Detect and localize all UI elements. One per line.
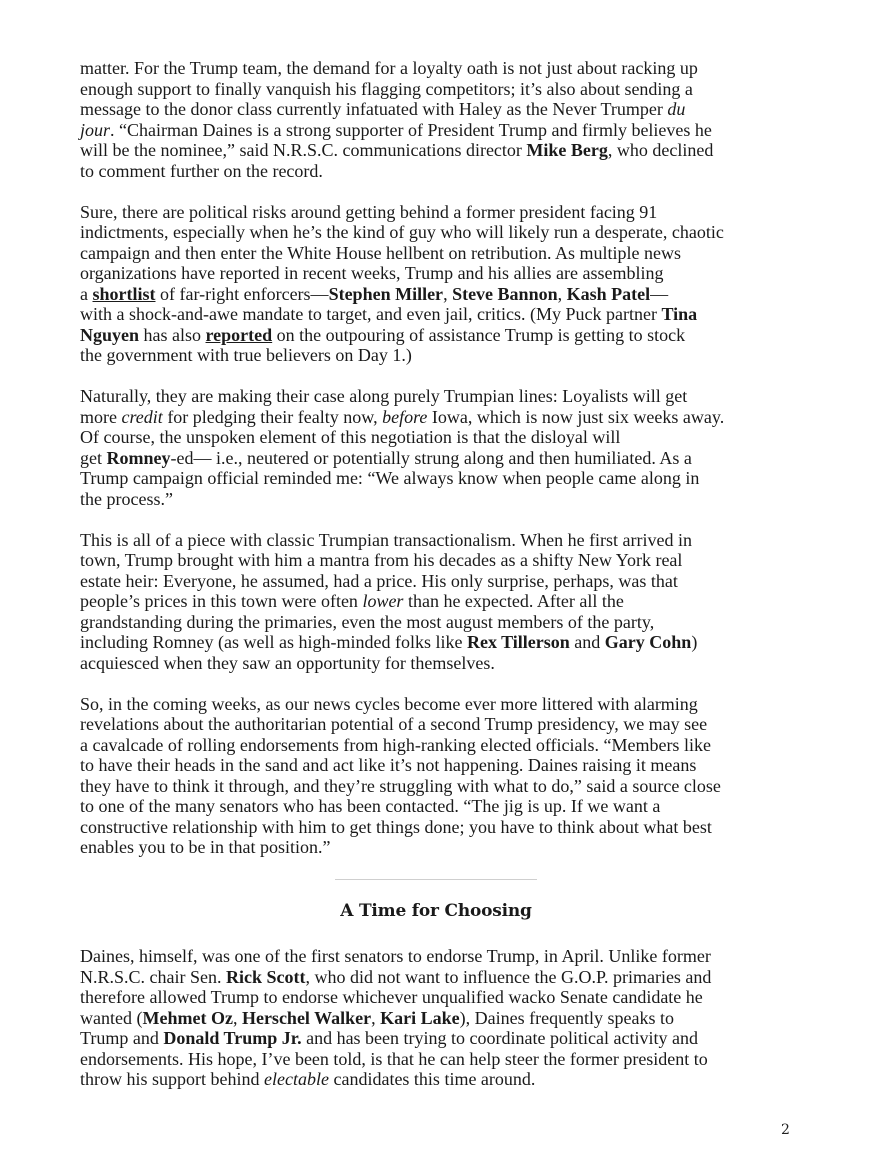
link-shortlist[interactable]: shortlist <box>93 284 156 304</box>
text-line: N.R.S.C. chair Sen. Rick Scott, who did … <box>80 967 800 988</box>
italic-text: jour <box>80 120 110 140</box>
text-line: revelations about the authoritarian pote… <box>80 714 800 735</box>
text-line: a cavalcade of rolling endorsements from… <box>80 735 800 756</box>
text-run: -ed— i.e., neutered or potentially strun… <box>171 448 692 468</box>
text-run: Trump and <box>80 1028 163 1048</box>
text-line: message to the donor class currently inf… <box>80 99 800 120</box>
text-run: Iowa, which is now just six weeks away. <box>427 407 724 427</box>
text-run: enables you to be in that position.” <box>80 837 330 857</box>
text-line: people’s prices in this town were often … <box>80 591 800 612</box>
text-run: Of course, the unspoken element of this … <box>80 427 620 447</box>
text-line: wanted (Mehmet Oz, Herschel Walker, Kari… <box>80 1008 800 1029</box>
text-run: they have to think it through, and they’… <box>80 776 721 796</box>
text-run: the government with true believers on Da… <box>80 345 412 365</box>
text-run: , <box>443 284 452 304</box>
bold-name: Mike Berg <box>526 140 607 160</box>
text-line: endorsements. His hope, I’ve been told, … <box>80 1049 800 1070</box>
text-line: to have their heads in the sand and act … <box>80 755 800 776</box>
text-run: , who did not want to influence the G.O.… <box>306 967 712 987</box>
text-line: the government with true believers on Da… <box>80 345 800 366</box>
italic-text: electable <box>264 1069 329 1089</box>
text-run: on the outpouring of assistance Trump is… <box>272 325 685 345</box>
italic-text: credit <box>121 407 162 427</box>
text-run: endorsements. His hope, I’ve been told, … <box>80 1049 708 1069</box>
text-run: candidates this time around. <box>329 1069 535 1089</box>
text-run: and <box>570 632 605 652</box>
bold-name: Gary Cohn <box>605 632 692 652</box>
paragraph: Naturally, they are making their case al… <box>80 386 800 509</box>
text-run: Daines, himself, was one of the first se… <box>80 946 711 966</box>
italic-text: lower <box>362 591 403 611</box>
text-line: Daines, himself, was one of the first se… <box>80 946 800 967</box>
bold-name: Steve Bannon <box>452 284 558 304</box>
text-run: including Romney (as well as high-minded… <box>80 632 467 652</box>
page-number: 2 <box>781 1122 790 1138</box>
text-line: therefore allowed Trump to endorse which… <box>80 987 800 1008</box>
text-line: grandstanding during the primaries, even… <box>80 612 800 633</box>
italic-text: du <box>667 99 685 119</box>
text-line: Trump campaign official reminded me: “We… <box>80 468 800 489</box>
text-line: to comment further on the record. <box>80 161 800 182</box>
text-line: the process.” <box>80 489 800 510</box>
text-run: Sure, there are political risks around g… <box>80 202 657 222</box>
text-run: will be the nominee,” said N.R.S.C. comm… <box>80 140 526 160</box>
text-line: estate heir: Everyone, he assumed, had a… <box>80 571 800 592</box>
section-divider <box>335 879 537 880</box>
bold-name: Rick Scott <box>226 967 306 987</box>
bold-name: Rex Tillerson <box>467 632 570 652</box>
text-line: Trump and Donald Trump Jr. and has been … <box>80 1028 800 1049</box>
text-line: will be the nominee,” said N.R.S.C. comm… <box>80 140 800 161</box>
text-run: more <box>80 407 121 427</box>
text-run: town, Trump brought with him a mantra fr… <box>80 550 682 570</box>
paragraph: matter. For the Trump team, the demand f… <box>80 58 800 181</box>
text-line: jour. “Chairman Daines is a strong suppo… <box>80 120 800 141</box>
text-run: people’s prices in this town were often <box>80 591 362 611</box>
text-line: Sure, there are political risks around g… <box>80 202 800 223</box>
text-line: throw his support behind electable candi… <box>80 1069 800 1090</box>
text-run: enough support to finally vanquish his f… <box>80 79 693 99</box>
text-run: N.R.S.C. chair Sen. <box>80 967 226 987</box>
paragraph: Sure, there are political risks around g… <box>80 202 800 366</box>
text-run: get <box>80 448 107 468</box>
text-run: This is all of a piece with classic Trum… <box>80 530 692 550</box>
text-run: indictments, especially when he’s the ki… <box>80 222 724 242</box>
text-run: grandstanding during the primaries, even… <box>80 612 654 632</box>
text-run: for pledging their fealty now, <box>163 407 382 427</box>
text-run: to comment further on the record. <box>80 161 323 181</box>
text-run: Trump campaign official reminded me: “We… <box>80 468 699 488</box>
text-line: town, Trump brought with him a mantra fr… <box>80 550 800 571</box>
text-line: a shortlist of far-right enforcers—Steph… <box>80 284 800 305</box>
text-line: indictments, especially when he’s the ki… <box>80 222 800 243</box>
text-line: including Romney (as well as high-minded… <box>80 632 800 653</box>
text-run: has also <box>139 325 206 345</box>
text-run: to one of the many senators who has been… <box>80 796 660 816</box>
text-line: get Romney-ed— i.e., neutered or potenti… <box>80 448 800 469</box>
text-line: constructive relationship with him to ge… <box>80 817 800 838</box>
bold-name: Kari Lake <box>380 1008 460 1028</box>
bold-name: Tina <box>661 304 697 324</box>
text-run: . “Chairman Daines is a strong supporter… <box>110 120 712 140</box>
text-run: wanted ( <box>80 1008 142 1028</box>
bold-name: Kash Patel <box>567 284 651 304</box>
text-line: Of course, the unspoken element of this … <box>80 427 800 448</box>
bold-name: Donald Trump Jr. <box>163 1028 301 1048</box>
text-run: constructive relationship with him to ge… <box>80 817 712 837</box>
text-run: a cavalcade of rolling endorsements from… <box>80 735 711 755</box>
text-run: of far-right enforcers— <box>156 284 329 304</box>
text-run: message to the donor class currently inf… <box>80 99 667 119</box>
text-run: organizations have reported in recent we… <box>80 263 664 283</box>
text-run: the process.” <box>80 489 173 509</box>
text-line: organizations have reported in recent we… <box>80 263 800 284</box>
text-run: acquiesced when they saw an opportunity … <box>80 653 495 673</box>
paragraph: So, in the coming weeks, as our news cyc… <box>80 694 800 858</box>
section-heading: A Time for Choosing <box>80 901 792 921</box>
text-line: Nguyen has also reported on the outpouri… <box>80 325 800 346</box>
article-body: matter. For the Trump team, the demand f… <box>80 58 800 878</box>
text-run: with a shock-and-awe mandate to target, … <box>80 304 661 324</box>
text-line: they have to think it through, and they’… <box>80 776 800 797</box>
text-run: matter. For the Trump team, the demand f… <box>80 58 698 78</box>
text-line: So, in the coming weeks, as our news cyc… <box>80 694 800 715</box>
text-run: , <box>558 284 567 304</box>
text-run: estate heir: Everyone, he assumed, had a… <box>80 571 678 591</box>
paragraph: This is all of a piece with classic Trum… <box>80 530 800 674</box>
section-paragraph: Daines, himself, was one of the first se… <box>80 946 800 1090</box>
bold-name: Nguyen <box>80 325 139 345</box>
text-run: , <box>233 1008 242 1028</box>
text-line: matter. For the Trump team, the demand f… <box>80 58 800 79</box>
text-run: campaign and then enter the White House … <box>80 243 681 263</box>
text-run: and has been trying to coordinate politi… <box>302 1028 698 1048</box>
text-run: So, in the coming weeks, as our news cyc… <box>80 694 698 714</box>
text-line: Naturally, they are making their case al… <box>80 386 800 407</box>
text-run: — <box>650 284 668 304</box>
text-line: This is all of a piece with classic Trum… <box>80 530 800 551</box>
text-line: enables you to be in that position.” <box>80 837 800 858</box>
text-run: throw his support behind <box>80 1069 264 1089</box>
bold-name: Herschel Walker <box>242 1008 371 1028</box>
text-line: campaign and then enter the White House … <box>80 243 800 264</box>
text-line: enough support to finally vanquish his f… <box>80 79 800 100</box>
text-run: ), Daines frequently speaks to <box>460 1008 674 1028</box>
text-run: , <box>371 1008 380 1028</box>
text-run: a <box>80 284 93 304</box>
text-line: acquiesced when they saw an opportunity … <box>80 653 800 674</box>
bold-name: Stephen Miller <box>329 284 444 304</box>
text-run: Naturally, they are making their case al… <box>80 386 687 406</box>
text-line: to one of the many senators who has been… <box>80 796 800 817</box>
text-line: more credit for pledging their fealty no… <box>80 407 800 428</box>
text-line: with a shock-and-awe mandate to target, … <box>80 304 800 325</box>
text-run: to have their heads in the sand and act … <box>80 755 696 775</box>
text-run: , who declined <box>608 140 713 160</box>
bold-name: Mehmet Oz <box>142 1008 232 1028</box>
text-run: ) <box>691 632 697 652</box>
text-run: than he expected. After all the <box>403 591 623 611</box>
italic-text: before <box>382 407 427 427</box>
bold-name: Romney <box>107 448 171 468</box>
link-reported[interactable]: reported <box>206 325 273 345</box>
text-run: revelations about the authoritarian pote… <box>80 714 707 734</box>
text-run: therefore allowed Trump to endorse which… <box>80 987 703 1007</box>
